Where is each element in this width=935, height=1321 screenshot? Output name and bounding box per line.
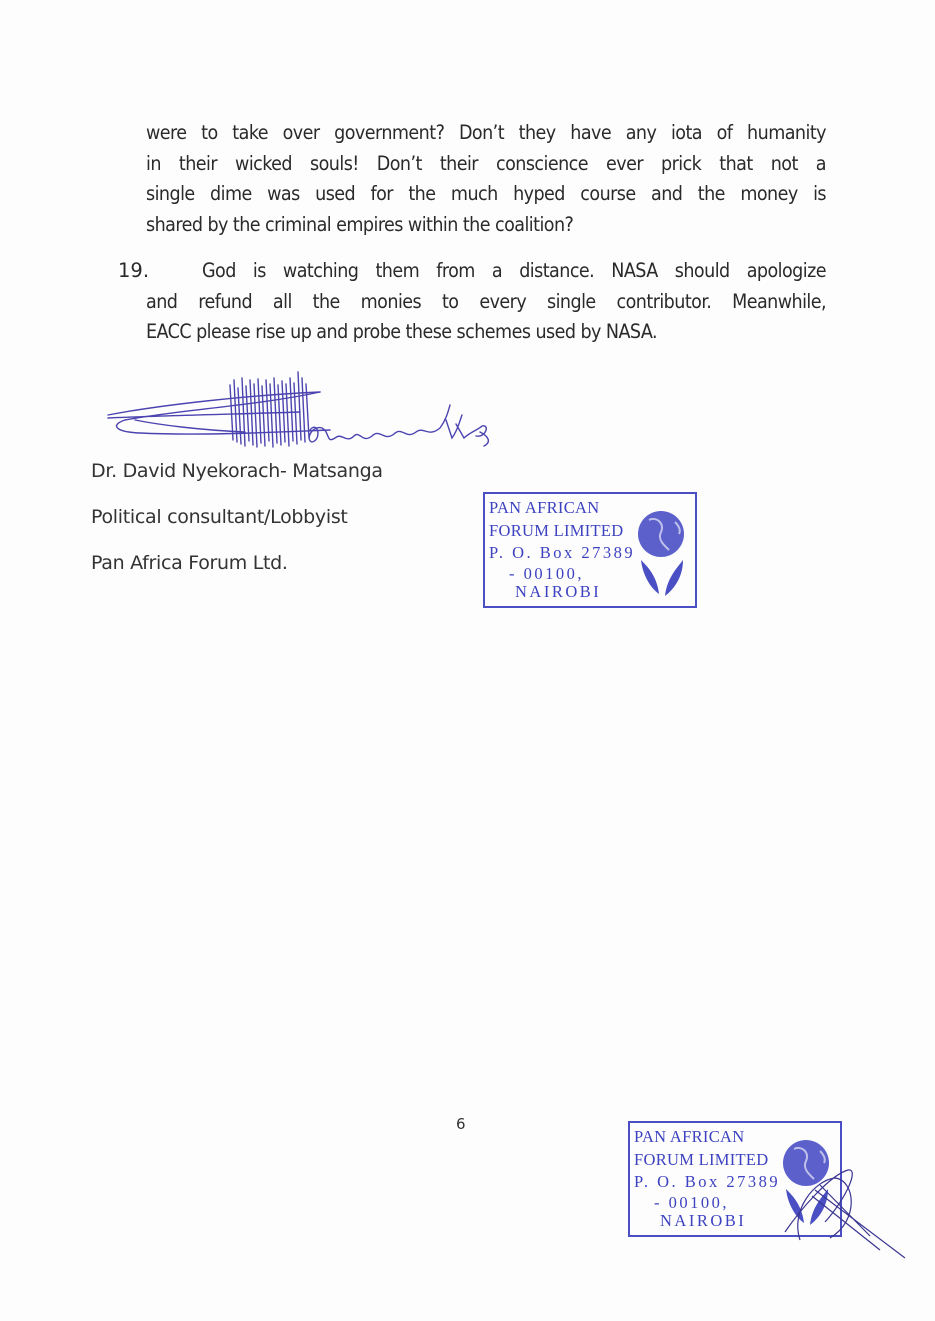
globe-with-leaves-icon [635,506,691,602]
globe-with-leaves-icon [780,1135,836,1231]
paragraph-number: 19. [118,256,149,287]
stamp-line: - 00100, [654,1193,729,1212]
stamp-line: FORUM LIMITED [489,521,624,540]
stamp-line: NAIROBI [515,582,601,601]
text-line: EACC please rise up and probe these sche… [146,317,826,348]
stamp-line: PAN AFRICAN [489,498,599,517]
company-stamp: PAN AFRICAN FORUM LIMITED P. O. Box 2738… [483,492,697,608]
text-line: in their wicked souls! Don’t their consc… [146,149,826,180]
text-line: were to take over government? Don’t they… [146,118,826,149]
text-line: shared by the criminal empires within th… [146,210,826,241]
signatory-name: Dr. David Nyekorach- Matsanga [91,460,383,482]
stamp-line: PAN AFRICAN [634,1127,744,1146]
stamp-line: P. O. Box 27389 [489,543,635,562]
stamp-line: FORUM LIMITED [634,1150,769,1169]
stamp-line: P. O. Box 27389 [634,1172,780,1191]
text-line: and refund all the monies to every singl… [146,287,826,318]
text-line: God is watching them from a distance. NA… [146,256,826,287]
page-number: 6 [456,1115,466,1133]
stamp-line: - 00100, [509,564,584,583]
document-page: were to take over government? Don’t they… [0,0,935,1321]
stamp-line: NAIROBI [660,1211,746,1230]
signatory-organization: Pan Africa Forum Ltd. [91,552,288,574]
paragraph-19: God is watching them from a distance. NA… [146,256,826,348]
continuation-paragraph: were to take over government? Don’t they… [146,118,826,240]
text-line: single dime was used for the much hyped … [146,179,826,210]
signatory-title: Political consultant/Lobbyist [91,506,348,528]
company-stamp-footer: PAN AFRICAN FORUM LIMITED P. O. Box 2738… [628,1121,842,1237]
